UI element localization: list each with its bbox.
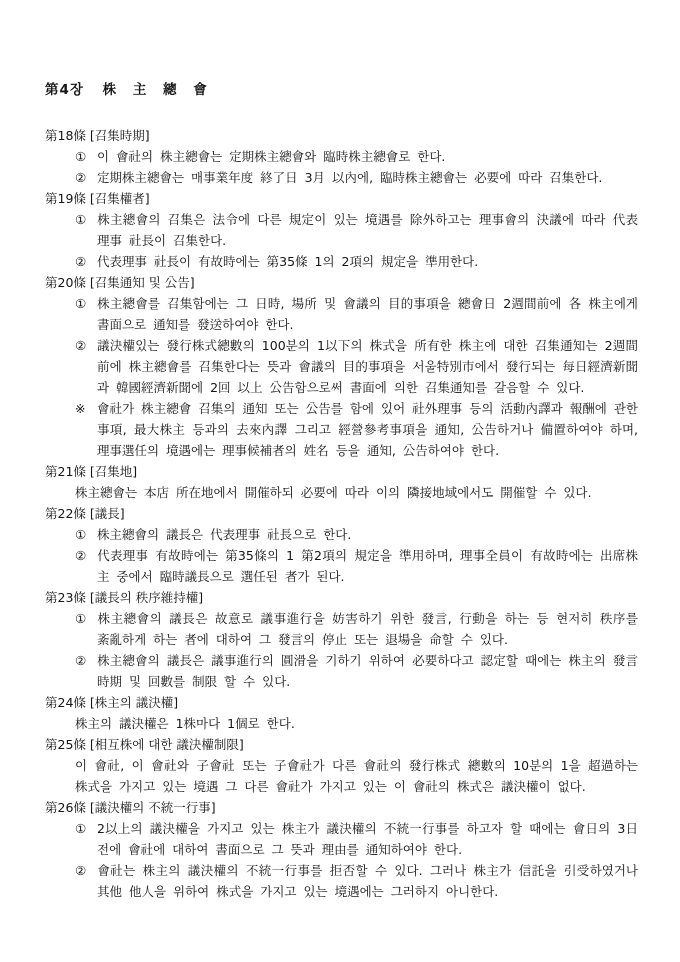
clause-text: 株主總會의 召集은 法令에 다른 規定이 있는 境遇를 除外하고는 理事會의 決… — [97, 212, 638, 248]
chapter-name: 株 主 總 會 — [103, 82, 213, 98]
clause-text: 이 會社, 이 會社와 子會社 또는 子會社가 다른 會社의 發行株式 總數의 … — [75, 758, 638, 794]
clause: ①株主總會의 召集은 法令에 다른 規定이 있는 境遇를 除外하고는 理事會의 … — [75, 209, 638, 251]
article-heading: 第21條 [召集地] — [45, 461, 638, 482]
clause: ②代表理事 有故時에는 第35條의 1 第2項의 規定을 準用하며, 理事全員이… — [75, 545, 638, 587]
document-page: 第4장 株 主 總 會 第18條 [召集時期]①이 會社의 株主總會는 定期株主… — [0, 0, 680, 962]
clause-marker: ② — [75, 251, 97, 272]
clause-text: 會社가 株主總會 召集의 通知 또는 公告를 함에 있어 社外理事 등의 活動內… — [97, 401, 638, 458]
clause-text: 定期株主總會는 매事業年度 終了日 3月 以內에, 臨時株主總會는 必要에 따라… — [97, 170, 602, 185]
clause: ①2以上의 議決權을 가지고 있는 株主가 議決權의 不統一行事를 하고자 할 … — [75, 818, 638, 860]
clause: 株主總會는 本店 所在地에서 開催하되 必要에 따라 이의 隣接地域에서도 開催… — [75, 482, 638, 503]
article-heading: 第20條 [召集通知 및 公告] — [45, 272, 638, 293]
article: 第18條 [召集時期]①이 會社의 株主總會는 定期株主總會와 臨時株主總會로 … — [45, 125, 638, 188]
clause-marker: ※ — [75, 398, 97, 419]
clause-marker: ② — [75, 650, 97, 671]
clause-text: 株主總會를 召集함에는 그 日時, 場所 및 會議의 目的事項을 總會日 2週間… — [97, 296, 638, 332]
article: 第23條 [議長의 秩序維持權]①株主總會의 議長은 故意로 議事進行을 妨害하… — [45, 587, 638, 692]
article: 第25條 [相互株에 대한 議決權制限]이 會社, 이 會社와 子會社 또는 子… — [45, 734, 638, 797]
clause-text: 2以上의 議決權을 가지고 있는 株主가 議決權의 不統一行事를 하고자 할 때… — [97, 821, 638, 857]
article-heading: 第26條 [議決權의 不統一行事] — [45, 797, 638, 818]
clause-marker: ② — [75, 167, 97, 188]
clause-marker: ① — [75, 818, 97, 839]
clause-marker: ① — [75, 293, 97, 314]
article-heading: 第18條 [召集時期] — [45, 125, 638, 146]
clause-text: 株主總會의 議長은 議事進行의 圓滑을 기하기 위하여 必要하다고 認定할 때에… — [97, 653, 638, 689]
clause-text: 會社는 株主의 議決權의 不統一行事를 拒否할 수 있다. 그러나 株主가 信託… — [97, 863, 638, 899]
clause: ②定期株主總會는 매事業年度 終了日 3月 以內에, 臨時株主總會는 必要에 따… — [75, 167, 638, 188]
clause: ②代表理事 社長이 有故時에는 第35條 1의 2項의 規定을 準用한다. — [75, 251, 638, 272]
articles: 第18條 [召集時期]①이 會社의 株主總會는 定期株主總會와 臨時株主總會로 … — [45, 125, 638, 902]
clause: ②會社는 株主의 議決權의 不統一行事를 拒否할 수 있다. 그러나 株主가 信… — [75, 860, 638, 902]
clause: 이 會社, 이 會社와 子會社 또는 子會社가 다른 會社의 發行株式 總數의 … — [75, 755, 638, 797]
chapter-number: 第4장 — [45, 82, 84, 98]
clause: ※會社가 株主總會 召集의 通知 또는 公告를 함에 있어 社外理事 등의 活動… — [75, 398, 638, 461]
article: 第21條 [召集地]株主總會는 本店 所在地에서 開催하되 必要에 따라 이의 … — [45, 461, 638, 503]
article: 第26條 [議決權의 不統一行事]①2以上의 議決權을 가지고 있는 株主가 議… — [45, 797, 638, 902]
chapter-title: 第4장 株 主 總 會 — [45, 82, 638, 98]
clause-text: 代表理事 有故時에는 第35條의 1 第2項의 規定을 準用하며, 理事全員이 … — [97, 548, 638, 584]
article-heading: 第23條 [議長의 秩序維持權] — [45, 587, 638, 608]
clause-text: 株主總會의 議長은 故意로 議事進行을 妨害하기 위한 發言, 行動을 하는 등… — [97, 611, 638, 647]
clause-marker: ① — [75, 146, 97, 167]
clause: ①이 會社의 株主總會는 定期株主總會와 臨時株主總會로 한다. — [75, 146, 638, 167]
article: 第24條 [株主의 議決權]株主의 議決權은 1株마다 1個로 한다. — [45, 692, 638, 734]
clause-marker: ② — [75, 860, 97, 881]
article: 第19條 [召集權者]①株主總會의 召集은 法令에 다른 規定이 있는 境遇를 … — [45, 188, 638, 272]
clause-text: 이 會社의 株主總會는 定期株主總會와 臨時株主總會로 한다. — [97, 149, 445, 164]
clause-text: 株主總會는 本店 所在地에서 開催하되 必要에 따라 이의 隣接地域에서도 開催… — [75, 485, 591, 500]
article-heading: 第25條 [相互株에 대한 議決權制限] — [45, 734, 638, 755]
clause: ①株主總會의 議長은 故意로 議事進行을 妨害하기 위한 發言, 行動을 하는 … — [75, 608, 638, 650]
article-heading: 第24條 [株主의 議決權] — [45, 692, 638, 713]
article: 第20條 [召集通知 및 公告]①株主總會를 召集함에는 그 日時, 場所 및 … — [45, 272, 638, 461]
clause: 株主의 議決權은 1株마다 1個로 한다. — [75, 713, 638, 734]
clause: ②議決權있는 發行株式總數의 100분의 1以下의 株式을 所有한 株主에 대한… — [75, 335, 638, 398]
clause-text: 代表理事 社長이 有故時에는 第35條 1의 2項의 規定을 準用한다. — [97, 254, 478, 269]
article: 第22條 [議長]①株主總會의 議長은 代表理事 社長으로 한다.②代表理事 有… — [45, 503, 638, 587]
clause-text: 議決權있는 發行株式總數의 100분의 1以下의 株式을 所有한 株主에 대한 … — [97, 338, 638, 395]
clause: ①株主總會의 議長은 代表理事 社長으로 한다. — [75, 524, 638, 545]
article-heading: 第19條 [召集權者] — [45, 188, 638, 209]
clause-marker: ② — [75, 335, 97, 356]
clause-marker: ① — [75, 209, 97, 230]
clause-marker: ① — [75, 524, 97, 545]
clause-text: 株主總會의 議長은 代表理事 社長으로 한다. — [97, 527, 351, 542]
article-heading: 第22條 [議長] — [45, 503, 638, 524]
clause-marker: ① — [75, 608, 97, 629]
clause: ①株主總會를 召集함에는 그 日時, 場所 및 會議의 目的事項을 總會日 2週… — [75, 293, 638, 335]
clause-marker: ② — [75, 545, 97, 566]
clause: ②株主總會의 議長은 議事進行의 圓滑을 기하기 위하여 必要하다고 認定할 때… — [75, 650, 638, 692]
clause-text: 株主의 議決權은 1株마다 1個로 한다. — [75, 716, 295, 731]
